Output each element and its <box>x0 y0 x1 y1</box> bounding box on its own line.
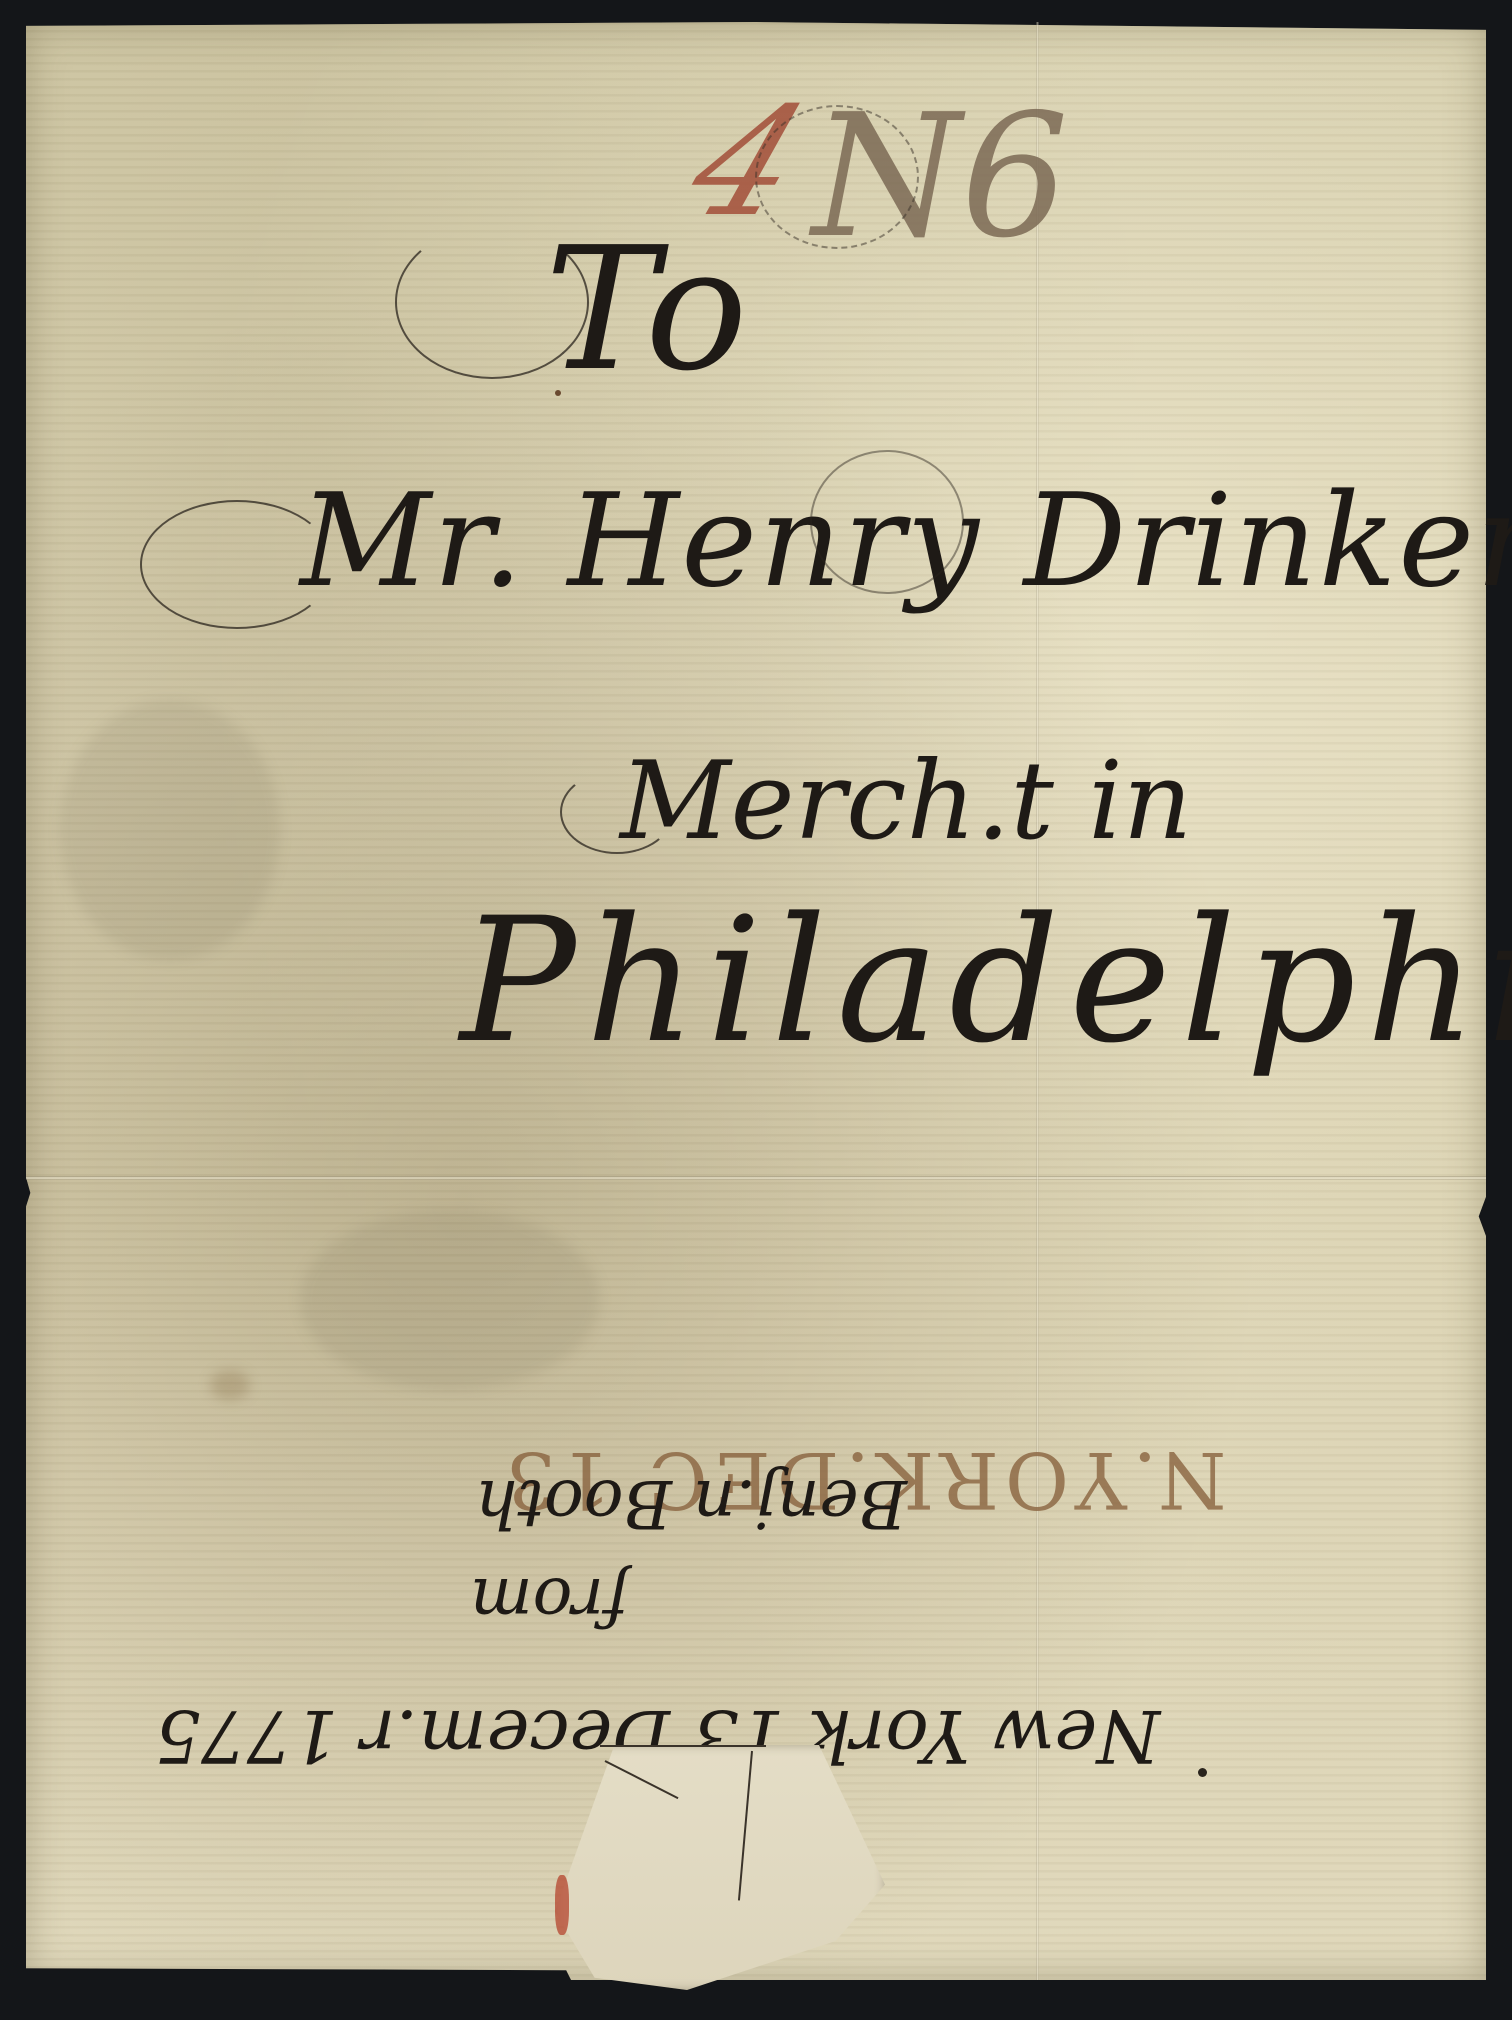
seal-flap-edge <box>600 1745 766 1747</box>
docket-from-line: from <box>470 1568 628 1634</box>
addressee-title: Merch.t in <box>620 748 1192 856</box>
ink-spot <box>1198 1768 1207 1777</box>
ink-spot <box>555 390 561 396</box>
docket-sender-line: Benj.n Booth <box>475 1470 907 1536</box>
wax-seal-remnant <box>555 1875 569 1935</box>
destination-city: Philadelphia <box>460 895 1512 1067</box>
stain <box>60 700 280 960</box>
horizontal-fold <box>26 1176 1486 1180</box>
rate-flourish <box>755 105 919 249</box>
stain <box>210 1370 250 1400</box>
salutation: To <box>545 225 748 395</box>
stain <box>300 1210 600 1390</box>
d-flourish <box>810 450 964 594</box>
